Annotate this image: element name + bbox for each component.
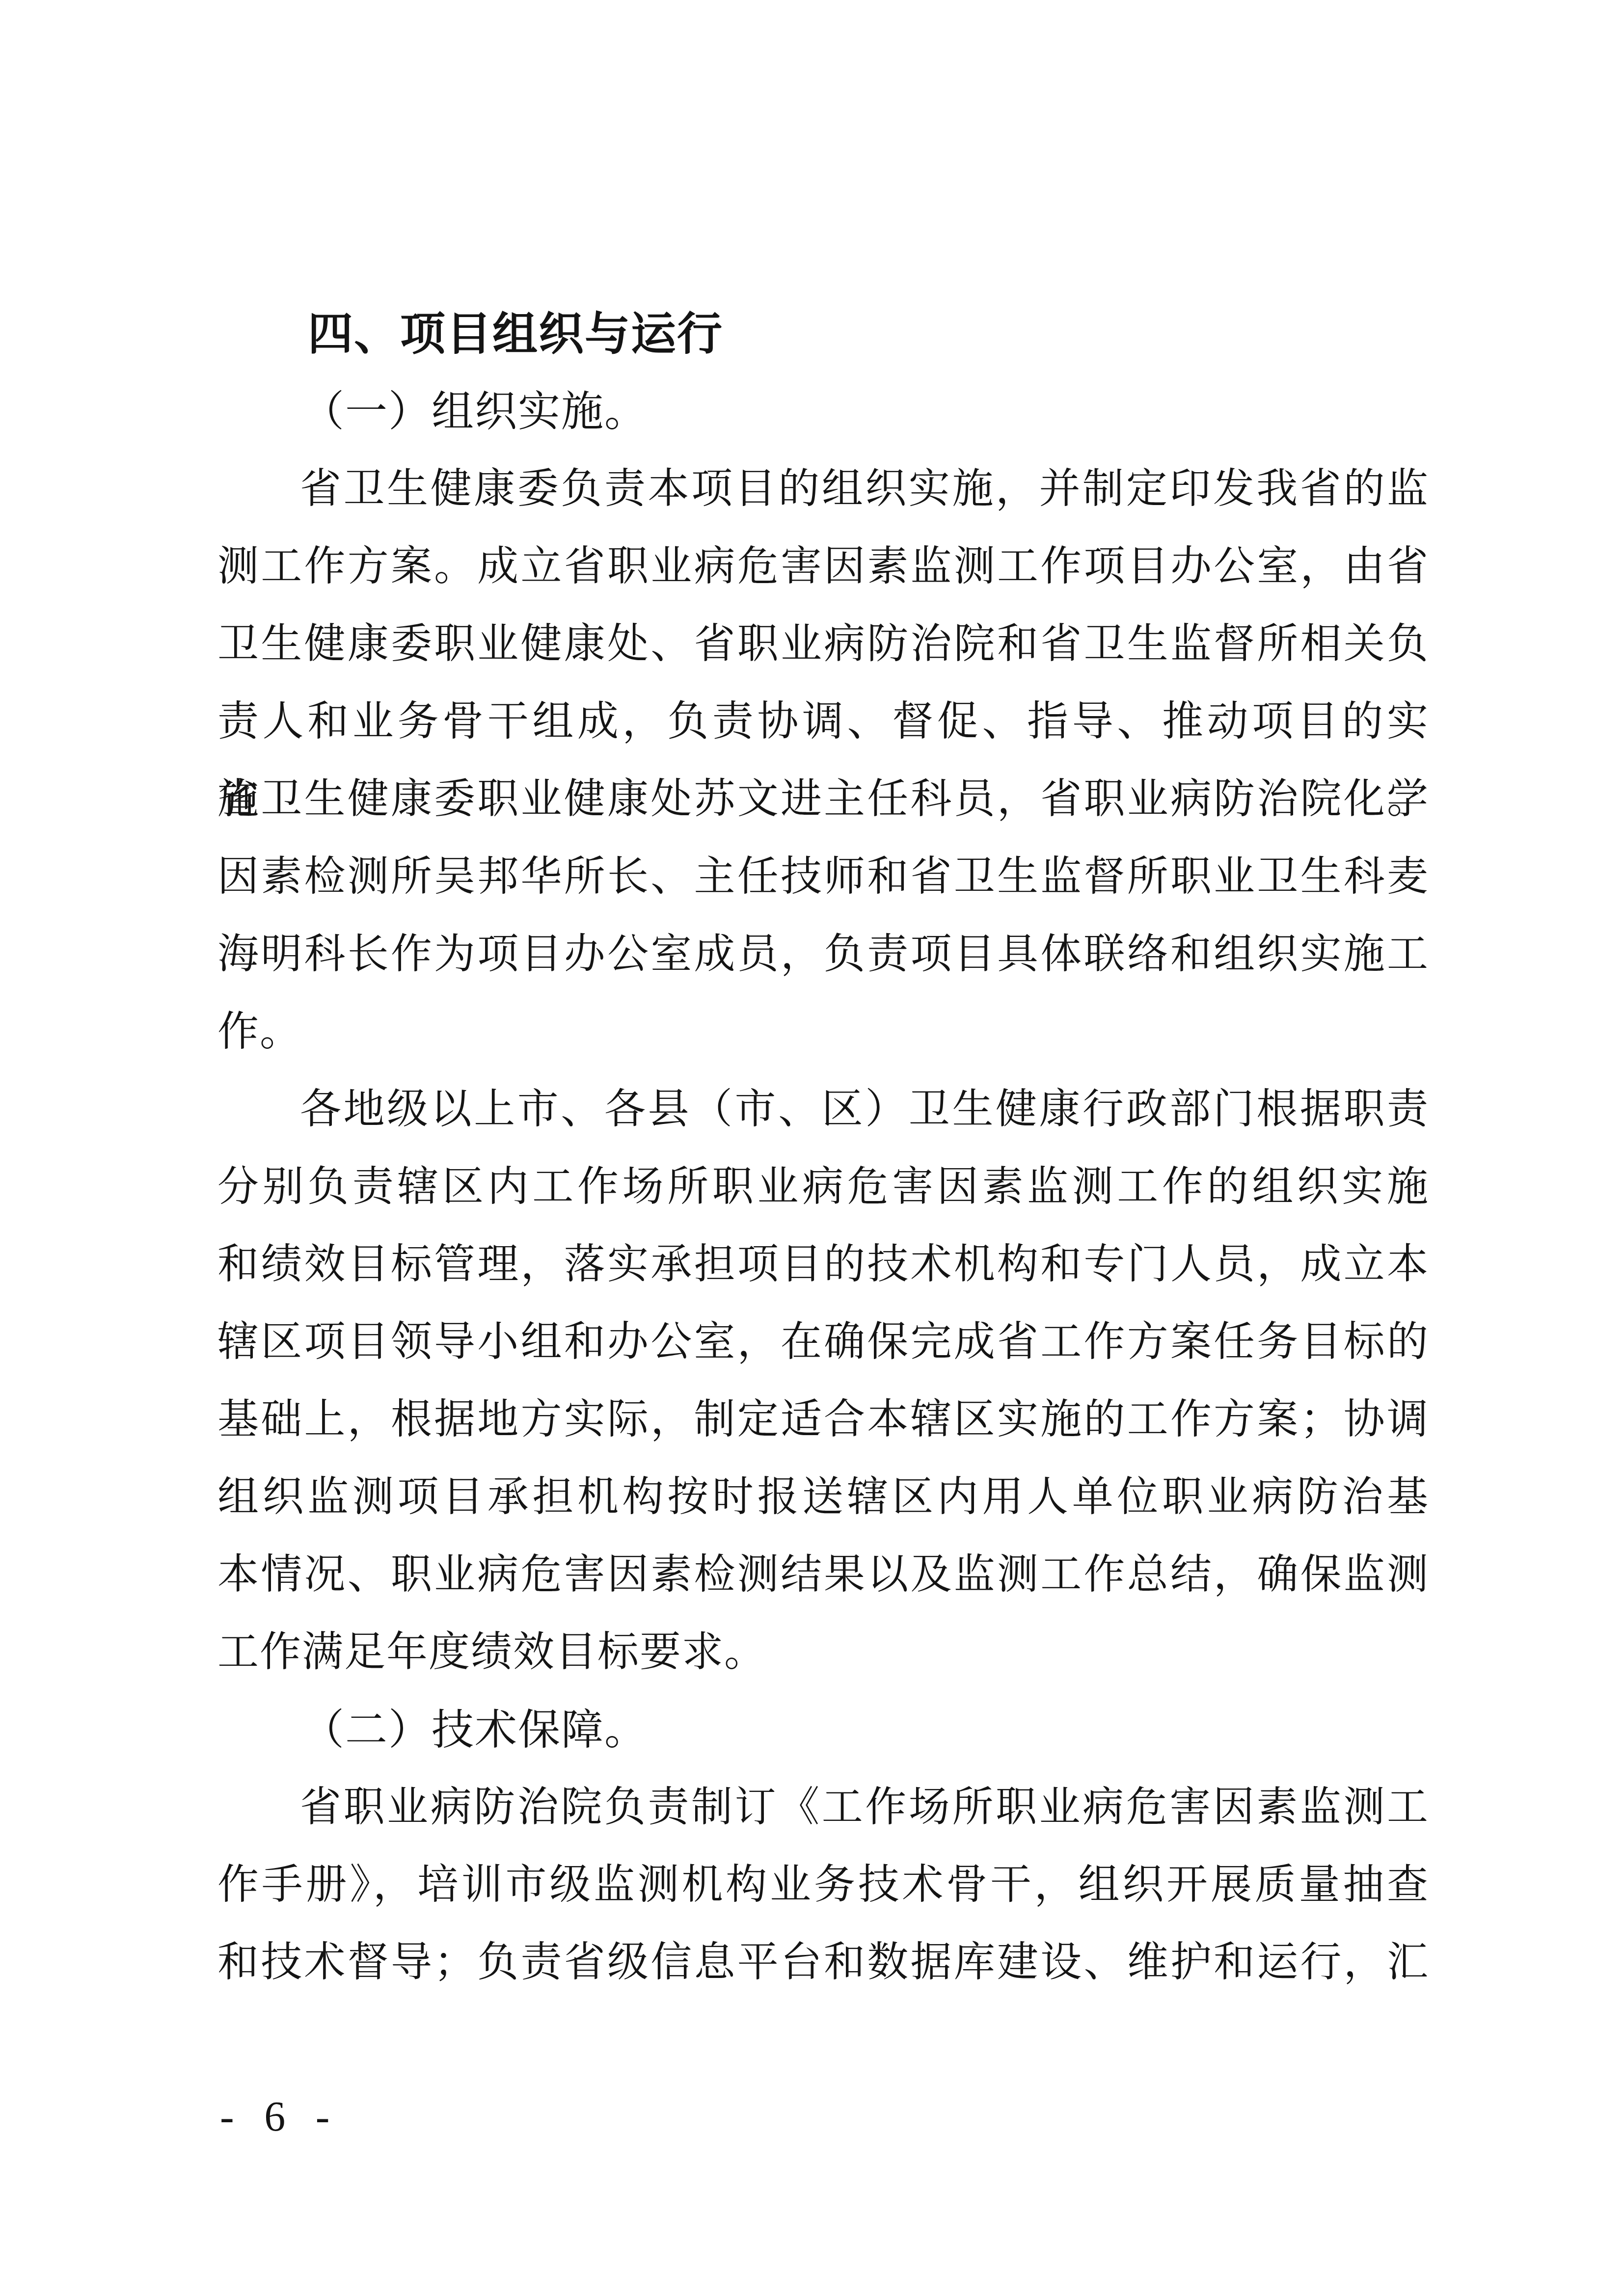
text-line: 省卫生健康委职业健康处苏文进主任科员，省职业病防治院化学: [217, 761, 1429, 838]
page-number: - 6 -: [220, 2082, 339, 2151]
document-page: 四、项目组织与运行（一）组织实施。省卫生健康委负责本项目的组织实施，并制定印发我…: [0, 0, 1624, 2296]
subsection-heading: （一）组织实施。: [217, 373, 1429, 451]
text-lines: 四、项目组织与运行（一）组织实施。省卫生健康委负责本项目的组织实施，并制定印发我…: [217, 295, 1429, 2002]
text-line: 因素检测所吴邦华所长、主任技师和省卫生监督所职业卫生科麦: [217, 838, 1429, 916]
text-line: 本情况、职业病危害因素检测结果以及监测工作总结，确保监测: [217, 1536, 1429, 1614]
text-line: 省卫生健康委负责本项目的组织实施，并制定印发我省的监: [217, 451, 1429, 528]
text-line: 辖区项目领导小组和办公室，在确保完成省工作方案任务目标的: [217, 1304, 1429, 1381]
section-heading: 四、项目组织与运行: [217, 295, 1429, 373]
text-line: 工作满足年度绩效目标要求。: [217, 1614, 1429, 1691]
text-line: 和技术督导；负责省级信息平台和数据库建设、维护和运行，汇: [217, 1924, 1429, 2002]
text-line: 作。: [217, 993, 1429, 1071]
text-line: 责人和业务骨干组成，负责协调、督促、指导、推动项目的实施。: [217, 683, 1429, 761]
text-line: 省职业病防治院负责制订《工作场所职业病危害因素监测工: [217, 1769, 1429, 1846]
subsection-heading: （二）技术保障。: [217, 1691, 1429, 1769]
text-line: 和绩效目标管理，落实承担项目的技术机构和专门人员，成立本: [217, 1226, 1429, 1304]
text-line: 分别负责辖区内工作场所职业病危害因素监测工作的组织实施: [217, 1148, 1429, 1226]
text-line: 海明科长作为项目办公室成员，负责项目具体联络和组织实施工: [217, 916, 1429, 993]
text-line: 作手册》，培训市级监测机构业务技术骨干，组织开展质量抽查: [217, 1846, 1429, 1924]
text-line: 组织监测项目承担机构按时报送辖区内用人单位职业病防治基: [217, 1459, 1429, 1536]
text-line: 测工作方案。成立省职业病危害因素监测工作项目办公室，由省: [217, 528, 1429, 606]
text-line: 基础上，根据地方实际，制定适合本辖区实施的工作方案；协调: [217, 1381, 1429, 1459]
text-line: 卫生健康委职业健康处、省职业病防治院和省卫生监督所相关负: [217, 606, 1429, 683]
text-line: 各地级以上市、各县（市、区）卫生健康行政部门根据职责: [217, 1071, 1429, 1148]
